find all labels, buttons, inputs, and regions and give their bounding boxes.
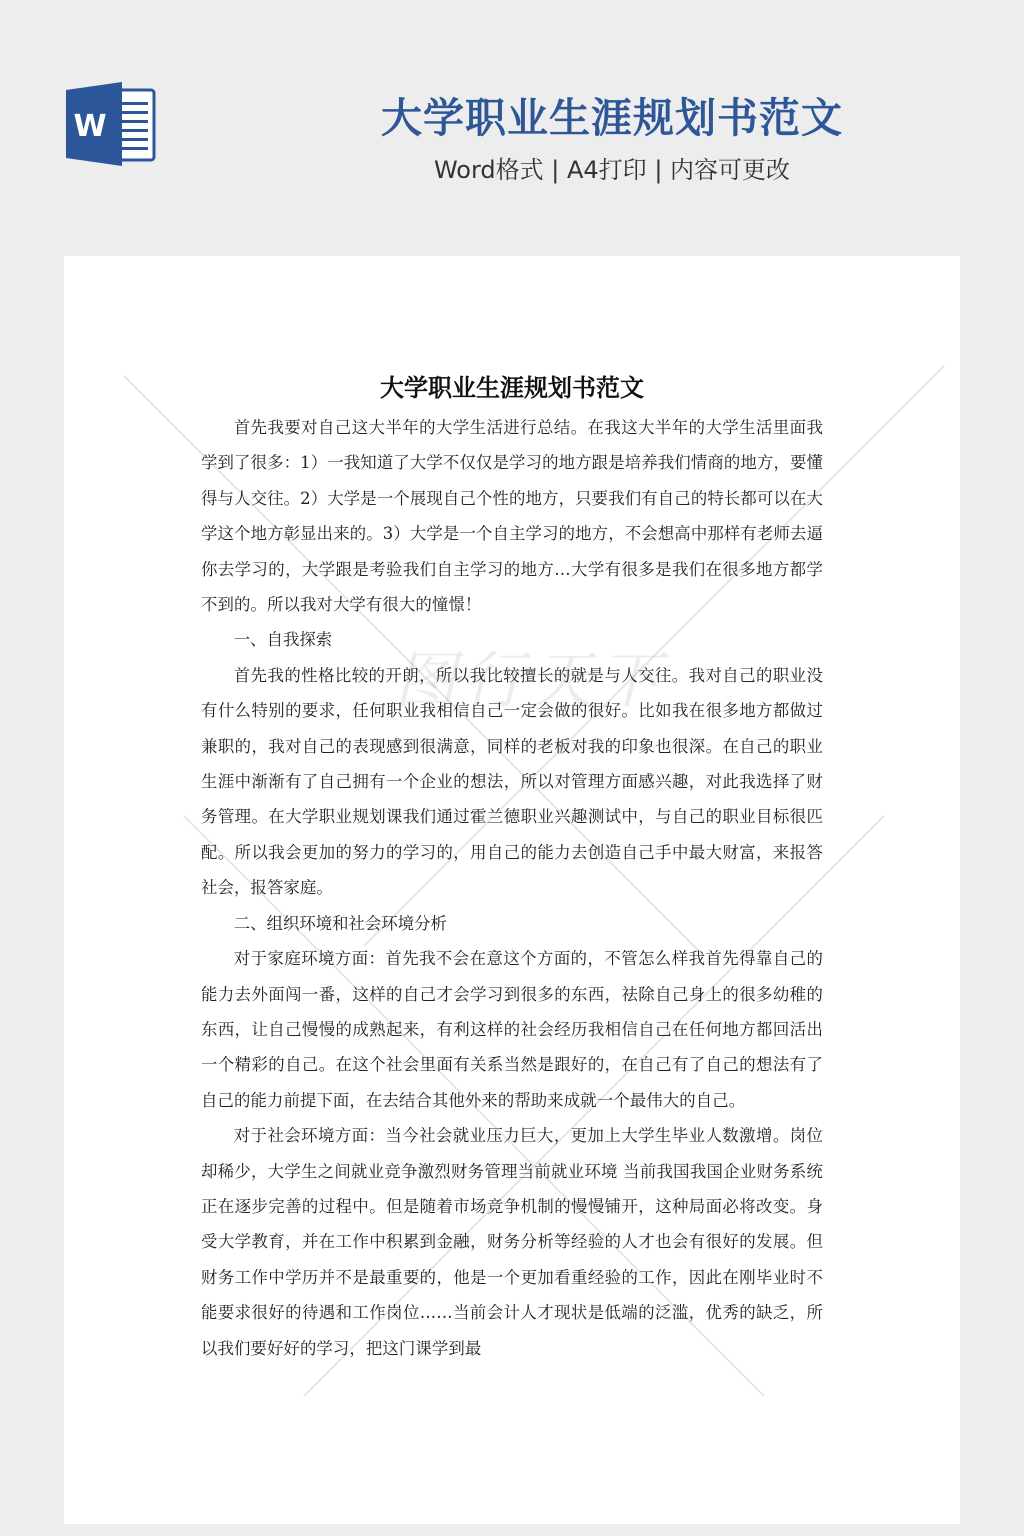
- paragraph-family-environment: 对于家庭环境方面：首先我不会在意这个方面的，不管怎么样我首先得靠自己的能力去外面…: [201, 941, 823, 1118]
- document-title: 大学职业生涯规划书范文: [201, 366, 823, 410]
- paragraph-self-exploration: 首先我的性格比较的开朗，所以我比较擅长的就是与人交往。我对自己的职业没有什么特别…: [201, 658, 823, 906]
- banner-title: 大学职业生涯规划书范文: [200, 92, 1024, 144]
- section-heading-environment-analysis: 二、组织环境和社会环境分析: [201, 906, 823, 941]
- word-document-icon: W: [66, 82, 156, 166]
- document-page: 图行天下 大学职业生涯规划书范文 首先我要对自己这大半年的大学生活进行总结。在我…: [64, 256, 960, 1524]
- section-heading-self-exploration: 一、自我探索: [201, 622, 823, 657]
- paragraph-social-environment: 对于社会环境方面：当今社会就业压力巨大，更加上大学生毕业人数激增。岗位却稀少，大…: [201, 1118, 823, 1366]
- paragraph-intro: 首先我要对自己这大半年的大学生活进行总结。在我这大半年的大学生活里面我学到了很多…: [201, 410, 823, 622]
- document-body: 大学职业生涯规划书范文 首先我要对自己这大半年的大学生活进行总结。在我这大半年的…: [201, 366, 823, 1366]
- svg-text:W: W: [73, 109, 106, 144]
- banner-subtitle: Word格式 | A4打印 | 内容可更改: [200, 152, 1024, 188]
